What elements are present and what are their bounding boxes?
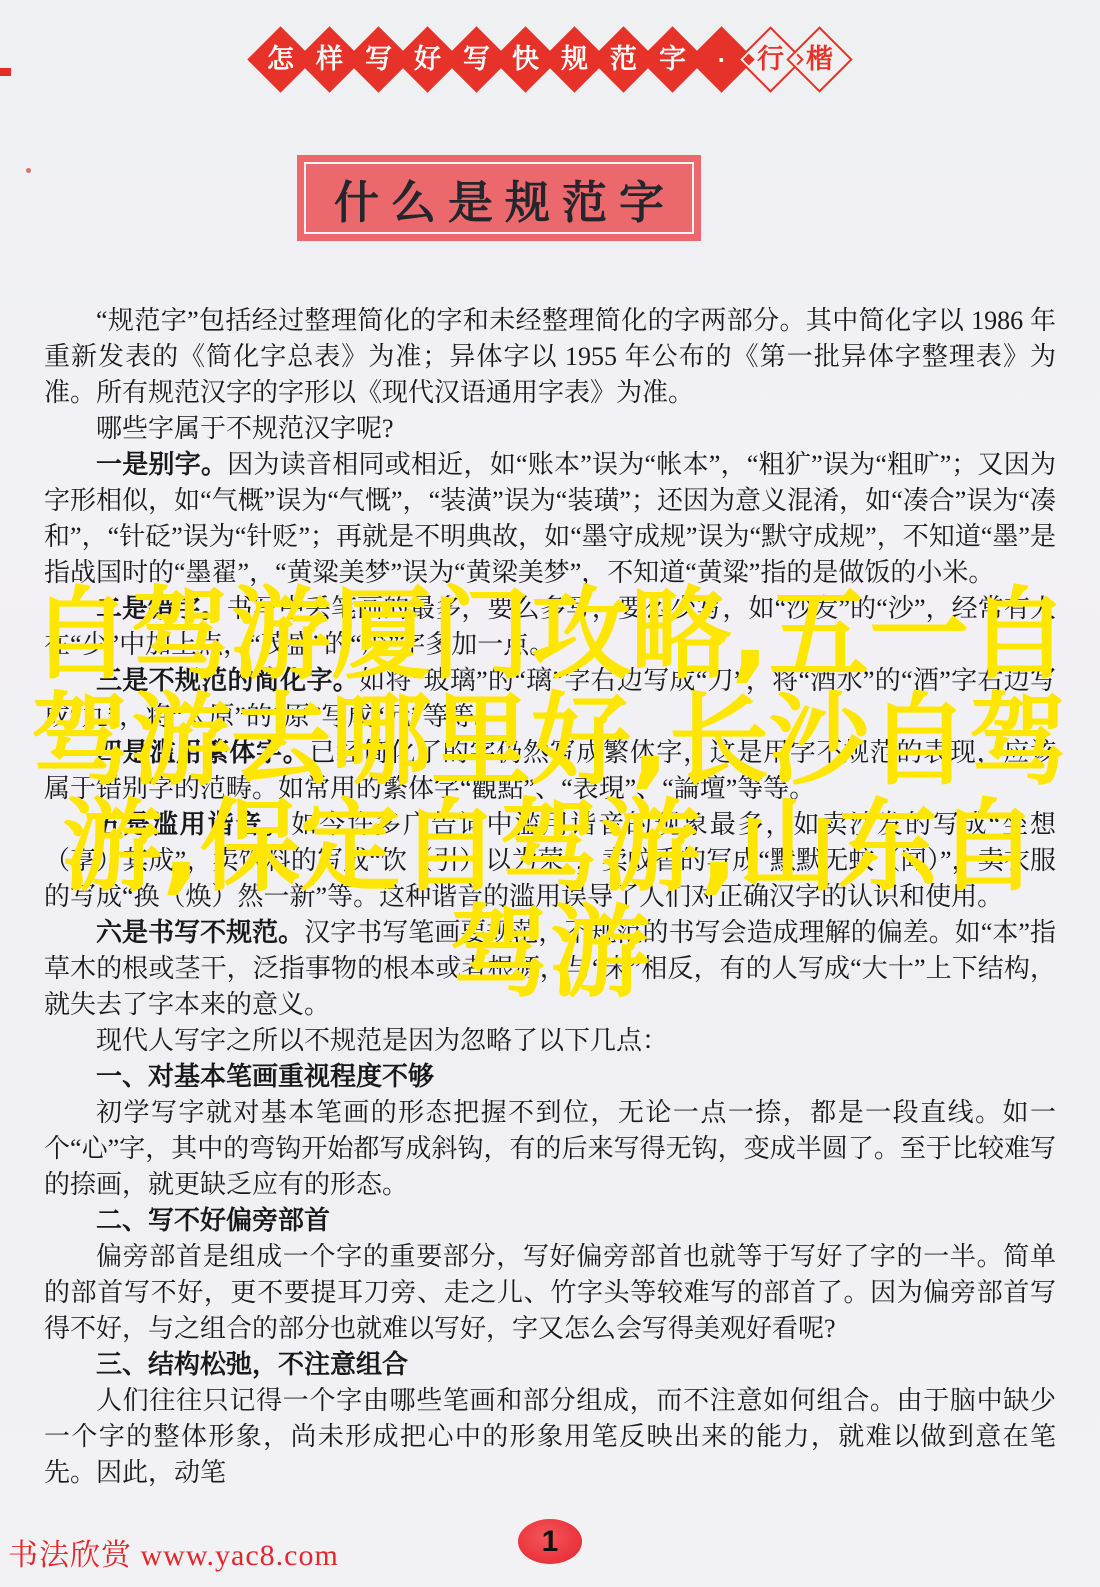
body-paragraph: 哪些字属于不规范汉字呢? — [44, 411, 1056, 447]
body-paragraph: “规范字”包括经过整理简化的字和未经整理简化的字两部分。其中简化字以 1986 … — [44, 303, 1056, 411]
section-title-box: 什么是规范字 — [297, 155, 701, 241]
header-diamond-banner: 怎样写好写快规范字·行楷 — [0, 20, 1100, 98]
body-paragraph: 初学写字就对基本笔画的形态把握不到位，无论一点一捺，都是一段直线。如一个“心”字… — [44, 1095, 1056, 1203]
body-paragraph: 四是滥用繁体字。已经简化了的字仍然写成繁体字，这是用字不规范的表现，应该属于错别… — [44, 735, 1056, 807]
section-heading: 三、结构松弛，不注意组合 — [44, 1347, 1056, 1383]
body-paragraph: 人们往往只记得一个字由哪些笔画和部分组成，而不注意如何组合。由于脑中缺少一个字的… — [44, 1383, 1056, 1491]
paragraph-lead: 四是滥用繁体字。 — [96, 738, 309, 768]
body-paragraph: 现代人写字之所以不规范是因为忽略了以下几点： — [44, 1023, 1056, 1059]
section-heading: 一、对基本笔画重视程度不够 — [44, 1059, 1056, 1095]
body-paragraph: 三是不规范的简化字。如将“玻璃”的“璃”字右边写成“刀”，将“酒水”的“酒”字右… — [44, 663, 1056, 735]
body-paragraph: 一是别字。因为读音相同或相近，如“账本”误为“帐本”，“粗犷”误为“粗旷”；又因… — [44, 447, 1056, 591]
article-body: “规范字”包括经过整理简化的字和未经整理简化的字两部分。其中简化字以 1986 … — [44, 303, 1056, 1491]
page-number: 1 — [542, 1525, 559, 1559]
scan-artifact-dot — [26, 168, 31, 173]
site-credit: 书法欣赏 www.yac8.com — [8, 1530, 339, 1574]
page-number-badge: 1 — [518, 1519, 582, 1564]
body-paragraph: 偏旁部首是组成一个字的重要部分，写好偏旁部首也就等于写好了字的一半。简单的部首写… — [44, 1239, 1056, 1347]
paragraph-lead: 三是不规范的简化字。 — [96, 666, 359, 696]
body-paragraph: 六是书写不规范。汉字书写笔画要规范，不规范的书写会造成理解的偏差。如“本”指草木… — [44, 915, 1056, 1023]
paragraph-lead: 一是别字。 — [96, 450, 227, 480]
site-label: 书法欣赏 — [8, 1539, 132, 1572]
section-heading: 二、写不好偏旁部首 — [44, 1203, 1056, 1239]
paragraph-lead: 六是书写不规范。 — [96, 918, 304, 948]
site-url: www.yac8.com — [141, 1539, 339, 1572]
paragraph-lead: 五是滥用谐音。 — [96, 810, 291, 840]
paragraph-lead: 二是错字。 — [96, 594, 227, 624]
title-inner-border: 什么是规范字 — [304, 162, 694, 234]
document-page: 怎样写好写快规范字·行楷 什么是规范字 “规范字”包括经过整理简化的字和未经整理… — [0, 0, 1100, 1587]
body-paragraph: 二是错字。书写中丢笔画的最多，要么多写，要么少写，如“沙发”的“沙”，经常有人在… — [44, 591, 1056, 663]
body-paragraph: 五是滥用谐音。如今许多广告词中滥用谐音的现象最多，如卖沙发的写成“坐想（享）其成… — [44, 807, 1056, 915]
page-title: 什么是规范字 — [322, 166, 676, 231]
diamond-style-char: 楷 — [786, 26, 852, 92]
